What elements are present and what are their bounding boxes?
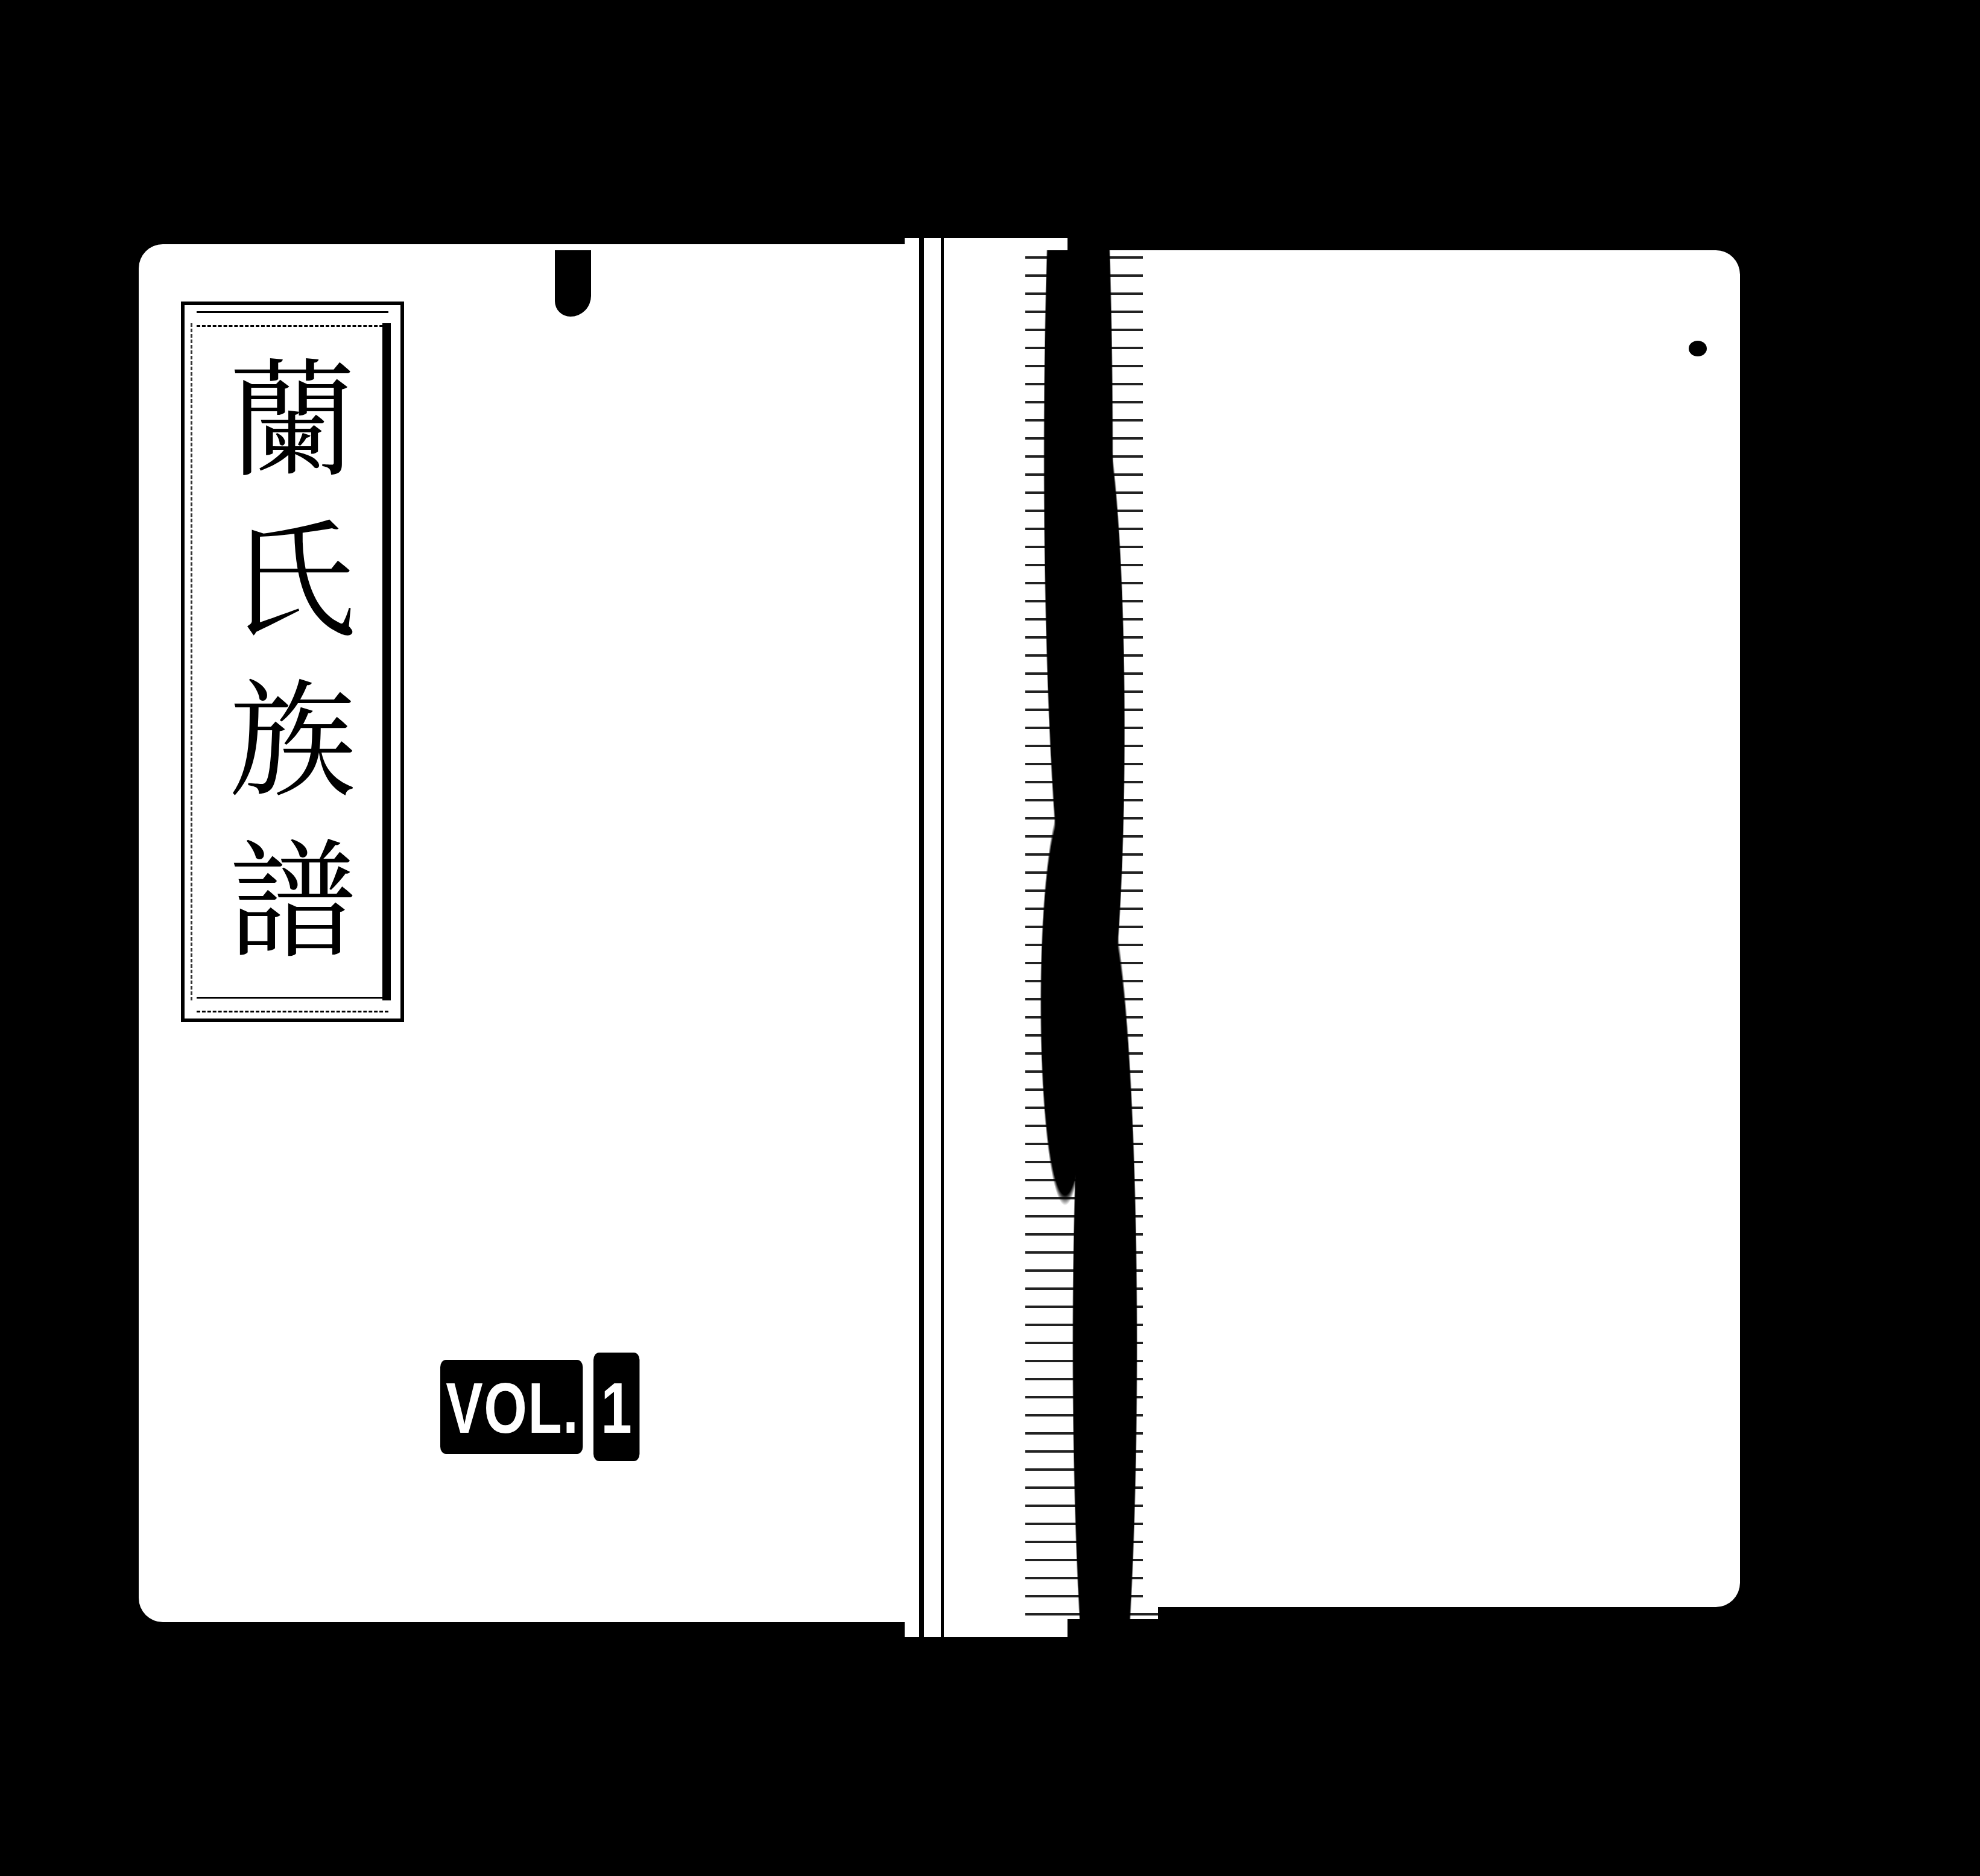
spine-crease-left — [919, 238, 924, 1637]
front-cover: 蘭 氏 族 譜 VOL. 1 — [139, 244, 911, 1622]
book-scan: 蘭 氏 族 譜 VOL. 1 — [139, 238, 1740, 1634]
title-char-1: 蘭 — [229, 358, 356, 485]
title-char-4: 譜 — [229, 839, 356, 965]
volume-label: VOL. 1 — [440, 1360, 623, 1454]
back-cover — [1143, 250, 1740, 1607]
spine-worn-area — [1025, 250, 1158, 1619]
title-char-3: 族 — [229, 678, 356, 805]
title-char-2: 氏 — [229, 519, 356, 645]
spine-crease-right — [941, 238, 944, 1637]
book-title: 蘭 氏 族 譜 — [185, 341, 400, 982]
stain-spot — [1689, 341, 1707, 356]
volume-prefix: VOL. — [440, 1360, 583, 1454]
torn-corner — [555, 250, 591, 317]
label-ornament-bottom — [197, 997, 388, 1012]
volume-number: 1 — [593, 1353, 639, 1461]
title-label: 蘭 氏 族 譜 — [181, 302, 404, 1022]
